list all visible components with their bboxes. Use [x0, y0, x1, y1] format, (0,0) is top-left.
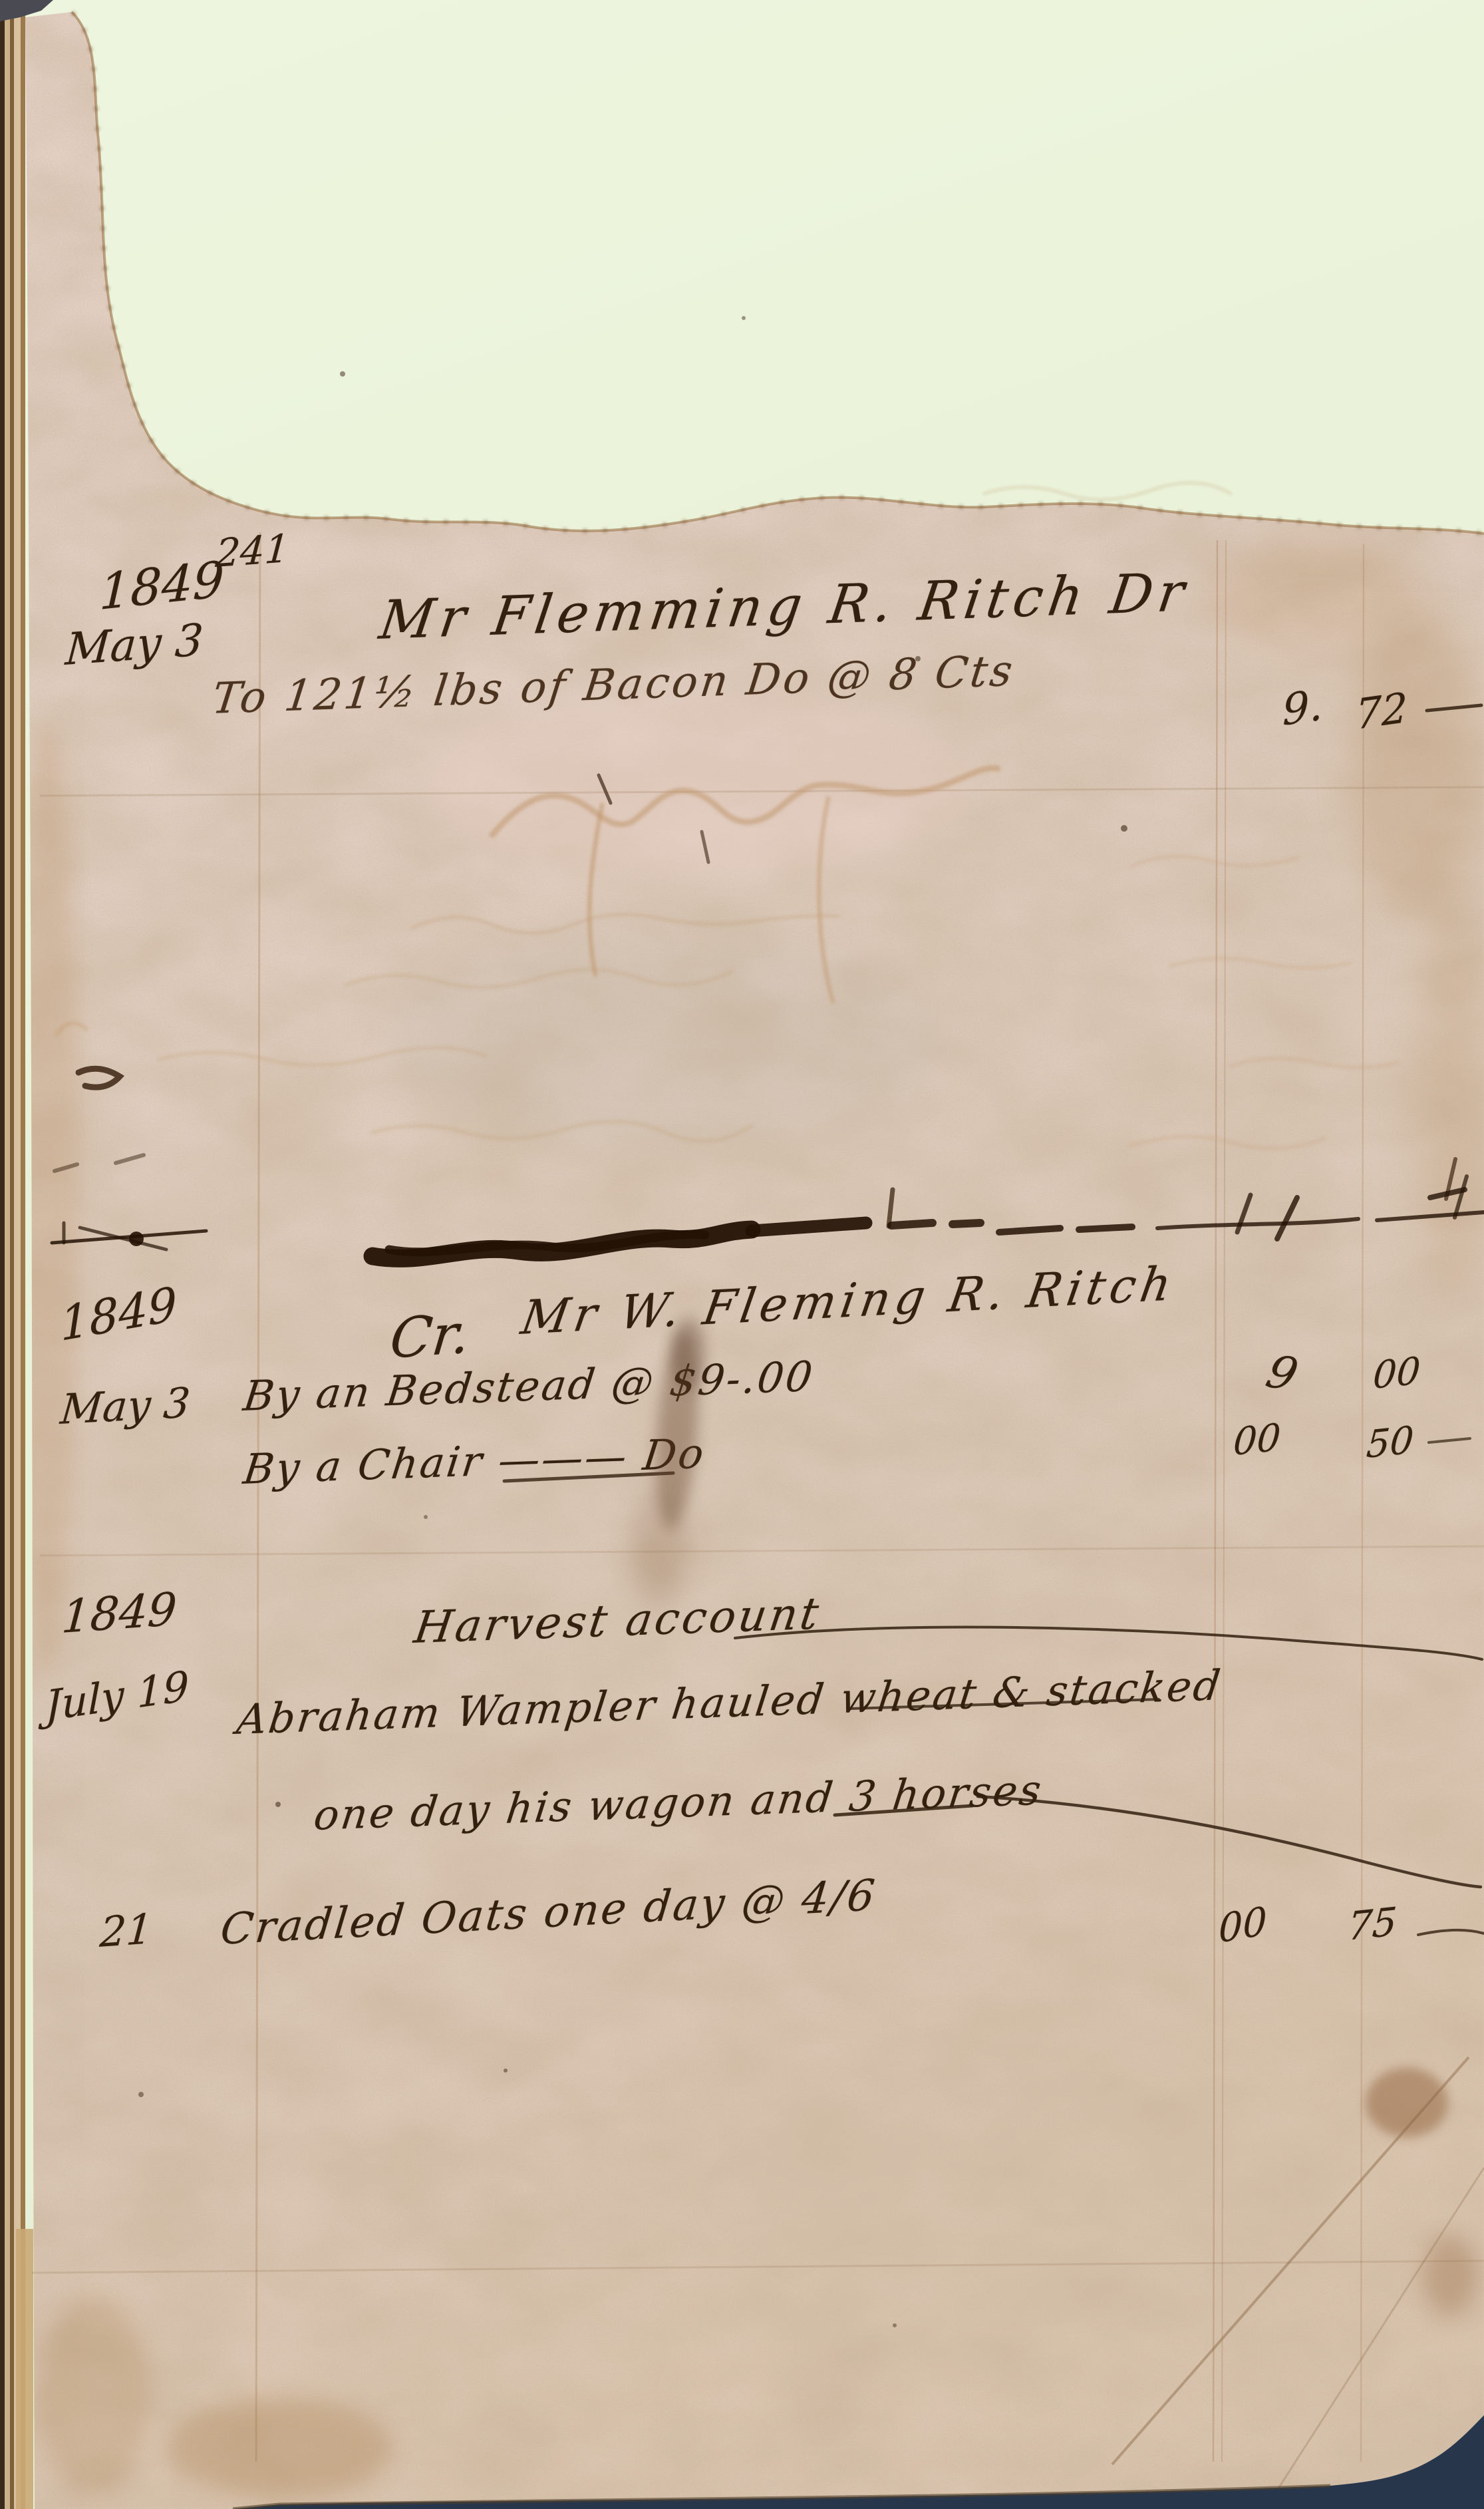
credit-row-desc: By an Bedstead @ $9-.00	[241, 1352, 817, 1421]
harvest-row-cents: 75	[1346, 1898, 1398, 1949]
ledger-scan-page: 1849 241 May 3 Mr Flemming R. Ritch Dr T…	[0, 0, 1484, 2509]
debit-year: 1849	[98, 551, 225, 621]
harvest-row-desc-line2: one day his wagon and 3 horses	[311, 1765, 1046, 1840]
credit-row-cents: 00	[1372, 1349, 1421, 1398]
credit-row-dollars: 00	[1232, 1416, 1282, 1464]
harvest-row-desc-line1: Abraham Wampler hauled wheat & stacked	[234, 1661, 1225, 1744]
credit-row-dollars: 9	[1261, 1346, 1304, 1402]
credit-title-name: Mr W. Fleming R. Ritch	[518, 1256, 1179, 1345]
credit-row-cents: 50	[1365, 1419, 1415, 1467]
harvest-row-date: 21	[98, 1904, 154, 1957]
debit-amount-cents: 72	[1356, 683, 1408, 739]
debit-amount-dollars: 9.	[1282, 681, 1322, 736]
credit-year: 1849	[59, 1276, 178, 1352]
handwriting-layer: 1849 241 May 3 Mr Flemming R. Ritch Dr T…	[0, 0, 1484, 2509]
harvest-row-dollars: 00	[1219, 1898, 1267, 1952]
harvest-row-date: July 19	[45, 1661, 189, 1731]
credit-row-date: May 3	[59, 1378, 192, 1434]
debit-date: May 3	[64, 614, 205, 675]
page-number: 241	[214, 526, 291, 576]
debit-account-title: Mr Flemming R. Ritch Dr	[376, 561, 1193, 651]
harvest-year: 1849	[60, 1583, 178, 1644]
credit-title-prefix: Cr.	[387, 1302, 473, 1371]
credit-row-desc: By a Chair ——— Do	[241, 1428, 708, 1494]
harvest-title: Harvest account	[411, 1588, 824, 1653]
debit-entry: To 121½ lbs of Bacon Do @ 8 Cts	[210, 647, 1018, 724]
harvest-row-desc-line1: Cradled Oats one day @ 4/6	[218, 1871, 879, 1955]
